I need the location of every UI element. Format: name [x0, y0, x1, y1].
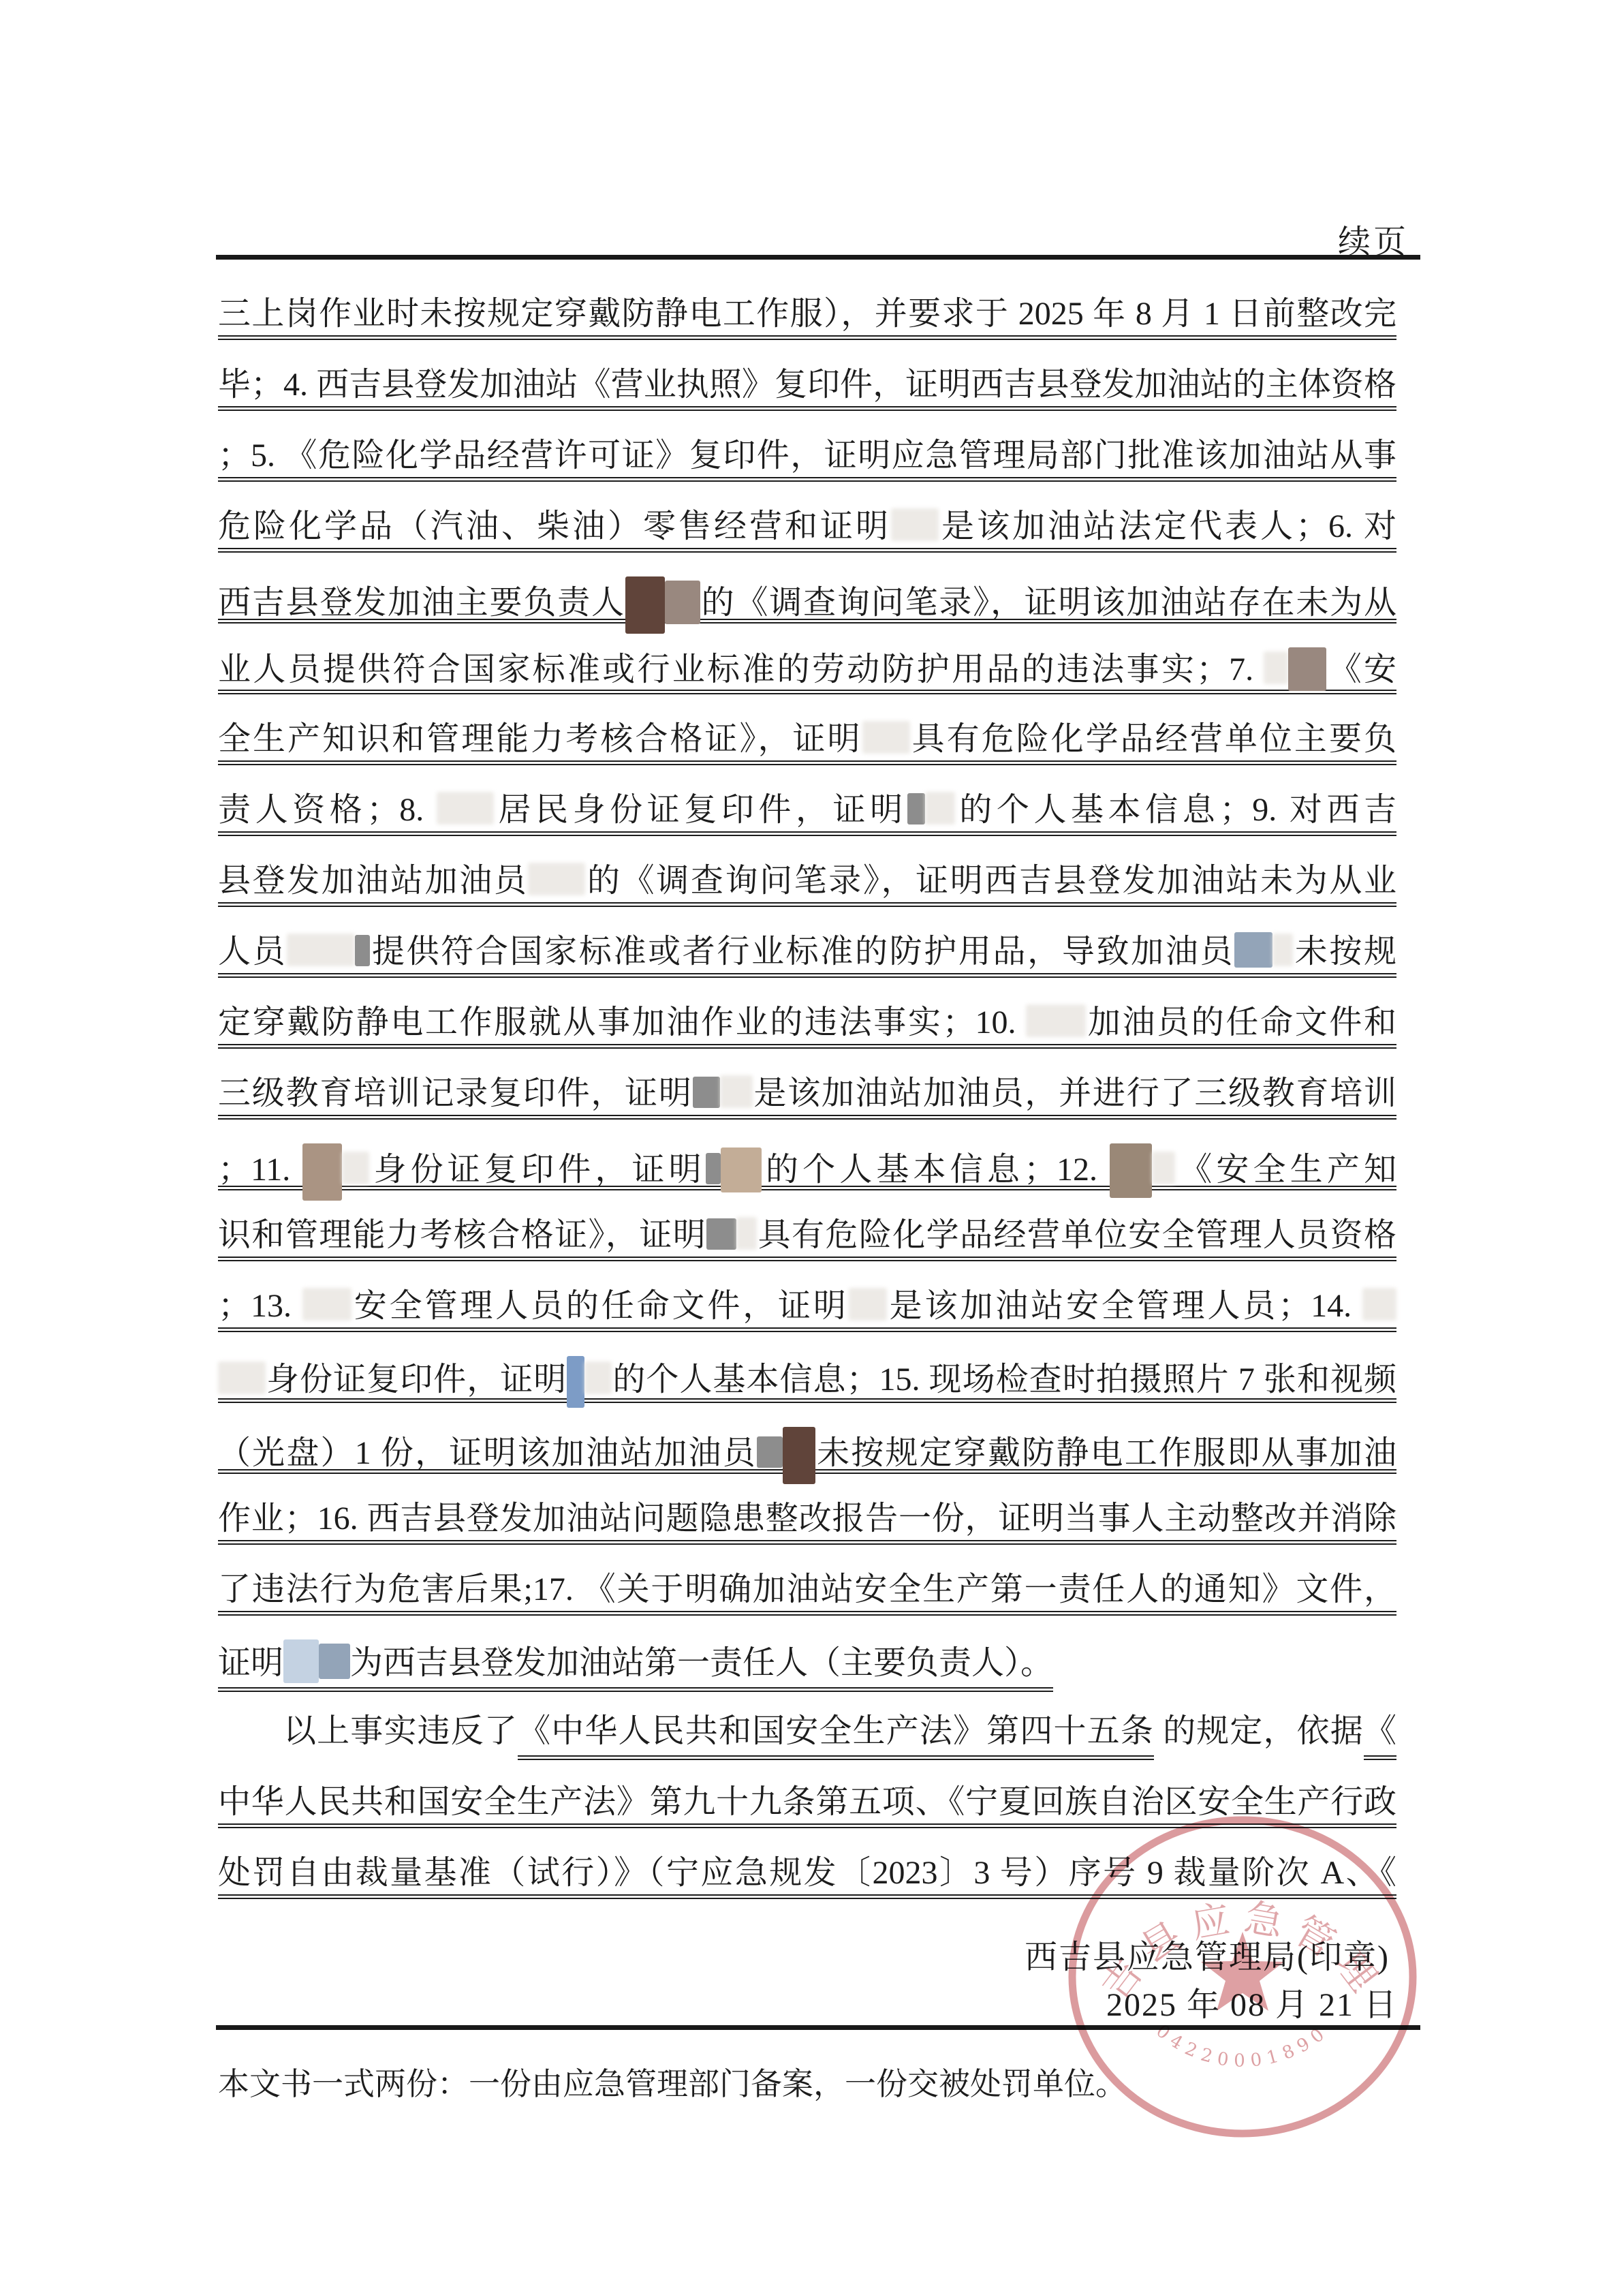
seal-arc-text: 西吉县应急管理局 [1052, 1806, 1391, 2008]
redaction-block [1264, 651, 1288, 684]
body-line-8: 责人资格；8. 居民身份证复印件，证明的个人基本信息；9. 对西吉 [218, 785, 1396, 836]
body-text-segment: 危险化学品（汽油、柴油）零售经营和证明 [218, 508, 891, 544]
body-text-segment: ；13. [218, 1288, 302, 1324]
body-text-segment: 西吉县登发加油主要负责人 [218, 585, 625, 621]
redaction-block [319, 1644, 350, 1679]
redaction-block [757, 1436, 783, 1468]
redaction-block [302, 1288, 352, 1321]
body-text-segment: 的《调查询问笔录》，证明西吉县登发加油站未为从业 [585, 863, 1396, 899]
body-line-16: 身份证复印件，证明的个人基本信息；15. 现场检查时拍摄照片 7 张和视频 [218, 1352, 1396, 1403]
body-text-segment: 《 [1364, 1713, 1396, 1760]
redaction-block [1288, 647, 1326, 691]
body-line-11: 定穿戴防静电工作服就从事加油作业的违法事实；10. 加油员的任命文件和 [218, 998, 1396, 1049]
body-text-segment: 县登发加油站加油员 [218, 863, 528, 899]
header-rule [216, 255, 1420, 260]
body-text-segment: 是该加油站安全管理人员；14. [887, 1288, 1362, 1324]
body-text-segment: （光盘）1 份，证明该加油站加油员 [218, 1435, 757, 1471]
body-text-segment: 三级教育培训记录复印件，证明 [218, 1075, 693, 1111]
body-line-3: ；5. 《危险化学品经营许可证》复印件，证明应急管理局部门批准该加油站从事 [218, 431, 1396, 482]
redaction-block [567, 1356, 584, 1408]
body-text-segment: 证明 [218, 1645, 283, 1681]
body-text-segment: 的个人基本信息；15. 现场检查时拍摄照片 7 张和视频 [612, 1361, 1396, 1398]
body-line-12: 三级教育培训记录复印件，证明是该加油站加油员，并进行了三级教育培训 [218, 1068, 1396, 1120]
body-text-segment: 作业；16. 西吉县登发加油站问题隐患整改报告一份，证明当事人主动整改并消除 [218, 1500, 1396, 1537]
redaction-block [287, 934, 355, 966]
scanned-document-page: 续页 三上岗作业时未按规定穿戴防静电工作服），并要求于 2025 年 8 月 1… [0, 0, 1624, 2295]
body-text-segment: 的个人基本信息；9. 对西吉 [955, 792, 1396, 828]
redaction-block [437, 792, 494, 825]
body-text-segment: 全生产知识和管理能力考核合格证》，证明 [218, 721, 862, 757]
body-text-segment: 了违法行为危害后果;17. 《关于明确加油站安全生产第一责任人的通知》文件， [218, 1571, 1396, 1607]
redaction-block [528, 863, 585, 895]
body-text-segment: 《安全生产知 [1175, 1152, 1396, 1188]
redaction-block [1026, 1004, 1086, 1037]
redaction-block [1152, 1152, 1175, 1184]
redaction-block [625, 576, 665, 634]
body-text-segment: 未按规定穿戴防静电工作服即从事加油 [815, 1435, 1396, 1471]
body-line-19: 了违法行为危害后果;17. 《关于明确加油站安全生产第一责任人的通知》文件， [218, 1565, 1396, 1616]
redaction-block [783, 1427, 815, 1484]
redaction-block [693, 1077, 720, 1108]
body-line-13: ；11. 身份证复印件，证明的个人基本信息；12. 《安全生产知 [218, 1139, 1396, 1190]
body-text-segment: 毕；4. 西吉县登发加油站《营业执照》复印件，证明西吉县登发加油站的主体资格 [218, 367, 1396, 403]
body-text-segment: 是该加油站法定代表人；6. 对 [939, 508, 1396, 544]
body-text-segment: 未按规 [1293, 934, 1396, 970]
body-text-segment: 安全管理人员的任命文件，证明 [352, 1288, 849, 1324]
footer-note: 本文书一式两份：一份由应急管理部门备案，一份交被处罚单位。 [218, 2059, 1127, 2104]
redaction-block [907, 793, 925, 825]
redaction-block [584, 1361, 612, 1394]
body-text-segment: ；11. [218, 1152, 302, 1188]
redaction-block [849, 1288, 887, 1321]
redaction-block [283, 1639, 319, 1683]
redaction-block [342, 1152, 369, 1184]
body-text-segment: 为西吉县登发加油站第一责任人（主要负责人）。 [350, 1645, 1053, 1681]
redaction-block [1362, 1288, 1396, 1321]
body-text-segment: 身份证复印件，证明 [369, 1152, 705, 1188]
seal-code: 04220001890 [1152, 2021, 1333, 2071]
body-text-segment: ；5. 《危险化学品经营许可证》复印件，证明应急管理局部门批准该加油站从事 [218, 437, 1396, 474]
redaction-block [665, 581, 700, 624]
redaction-block [862, 721, 910, 754]
body-text-segment: 人员 [218, 934, 287, 970]
redaction-block [736, 1217, 757, 1250]
body-line-9: 县登发加油站加油员的《调查询问笔录》，证明西吉县登发加油站未为从业 [218, 856, 1396, 907]
body-text-segment: 定穿戴防静电工作服就从事加油作业的违法事实；10. [218, 1004, 1026, 1041]
body-text-segment: 《安 [1326, 651, 1396, 688]
body-text-segment: 识和管理能力考核合格证》，证明 [218, 1217, 706, 1253]
body-text-segment: 是该加油站加油员，并进行了三级教育培训 [753, 1075, 1396, 1111]
body-text-segment: 以上事实违反了 [283, 1713, 518, 1749]
body-text-segment: 具有危险化学品经营单位安全管理人员资格 [757, 1217, 1396, 1253]
body-line-5: 西吉县登发加油主要负责人的《调查询问笔录》，证明该加油站存在未为从 [218, 572, 1396, 623]
body-text-segment: 《中华人民共和国安全生产法》第四十五条 [518, 1713, 1154, 1760]
body-text-segment: 身份证复印件，证明 [266, 1361, 567, 1398]
body-text-segment: 的规定，依据 [1154, 1713, 1364, 1749]
body-line-21: 以上事实违反了《中华人民共和国安全生产法》第四十五条 的规定，依据《 [218, 1706, 1396, 1753]
redaction-block [721, 1147, 762, 1192]
body-text-segment: 的《调查询问笔录》，证明该加油站存在未为从 [700, 585, 1396, 621]
body-line-14: 识和管理能力考核合格证》，证明具有危险化学品经营单位安全管理人员资格 [218, 1210, 1396, 1261]
redaction-block [355, 935, 370, 966]
body-line-4: 危险化学品（汽油、柴油）零售经营和证明是该加油站法定代表人；6. 对 [218, 502, 1396, 553]
redaction-block [302, 1143, 342, 1201]
body-line-1: 三上岗作业时未按规定穿戴防静电工作服），并要求于 2025 年 8 月 1 日前… [218, 289, 1396, 340]
body-line-17: （光盘）1 份，证明该加油站加油员未按规定穿戴防静电工作服即从事加油 [218, 1423, 1396, 1474]
redaction-block [925, 792, 955, 825]
redaction-block [1110, 1143, 1152, 1198]
redaction-block [1234, 932, 1272, 968]
body-text-segment: 三上岗作业时未按规定穿戴防静电工作服），并要求于 2025 年 8 月 1 日前… [218, 296, 1396, 332]
redaction-block [891, 508, 939, 541]
body-text-segment: 的个人基本信息；12. [762, 1152, 1110, 1188]
body-line-15: ；13. 安全管理人员的任命文件，证明是该加油站安全管理人员；14. [218, 1281, 1396, 1332]
body-text-segment: 加油员的任命文件和 [1086, 1004, 1396, 1041]
body-text-segment: 业人员提供符合国家标准或行业标准的劳动防护用品的违法事实；7. [218, 651, 1264, 688]
body-line-6: 业人员提供符合国家标准或行业标准的劳动防护用品的违法事实；7. 《安 [218, 643, 1396, 694]
redaction-block [218, 1361, 266, 1394]
official-seal: 西吉县应急管理局 04220001890 [1052, 1806, 1433, 2147]
body-text-segment: 具有危险化学品经营单位主要负 [910, 721, 1396, 757]
body-line-20: 证明为西吉县登发加油站第一责任人（主要负责人）。 [218, 1635, 1396, 1682]
body-text-segment: 责人资格；8. [218, 792, 437, 828]
redaction-block [706, 1218, 736, 1250]
body-line-2: 毕；4. 西吉县登发加油站《营业执照》复印件，证明西吉县登发加油站的主体资格 [218, 360, 1396, 411]
redaction-block [1272, 934, 1293, 966]
body-text-segment: 居民身份证复印件，证明 [494, 792, 907, 828]
redaction-block [720, 1075, 753, 1108]
body-line-7: 全生产知识和管理能力考核合格证》，证明具有危险化学品经营单位主要负 [218, 714, 1396, 765]
redaction-block [706, 1153, 721, 1184]
body-line-10: 人员提供符合国家标准或者行业标准的防护用品，导致加油员未按规 [218, 927, 1396, 978]
body-line-18: 作业；16. 西吉县登发加油站问题隐患整改报告一份，证明当事人主动整改并消除 [218, 1494, 1396, 1545]
body-text-segment: 提供符合国家标准或者行业标准的防护用品，导致加油员 [370, 934, 1234, 970]
